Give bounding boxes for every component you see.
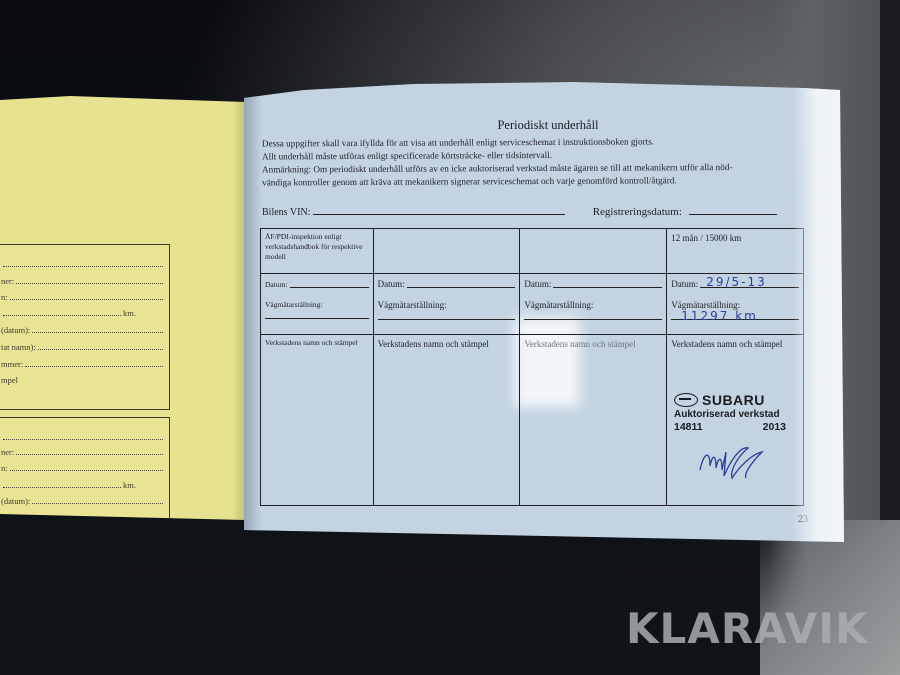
page-fold-shadow (232, 94, 246, 520)
form-row: mmer: (1, 357, 163, 369)
left-page-yellow: ner: n: km. (datum): tat namn): mmer: mp… (0, 94, 246, 520)
right-page-service-schedule: Periodiskt underhåll Dessa uppgifter ska… (244, 82, 852, 544)
signature-icon (696, 432, 776, 482)
workshop-stamp-cell: Verkstadens namn och stämpel (520, 335, 667, 506)
form-row: ner: (1, 274, 163, 286)
workshop-stamp-cell: Verkstadens namn och stämpel (261, 335, 374, 506)
left-form-box-1: ner: n: km. (datum): tat namn): mmer: mp… (0, 244, 170, 410)
form-row: mpel (1, 373, 163, 385)
date-odometer-cell: Datum: Vägmätarställning: (261, 274, 374, 335)
vin-label: Bilens VIN: (262, 207, 310, 218)
instructions-paragraph: Dessa uppgifter skall vara ifyllda för a… (262, 135, 822, 190)
date-odometer-cell: Datum: Vägmätarställning: (373, 274, 520, 335)
subaru-logo-icon (674, 393, 698, 407)
workshop-stamp-cell: Verkstadens namn och stämpel (373, 335, 520, 506)
form-row: ner: (1, 445, 163, 457)
header-cell: ÅF/PDI-inspektion enligt verkstadshandbo… (261, 229, 374, 274)
handwritten-odometer: 11297 km (681, 310, 758, 322)
date-odometer-cell-filled: Datum:29/5-13 Vägmätarställning: 11297 k… (667, 274, 804, 335)
workshop-stamp: SUBARU Auktoriserad verkstad 148112013 (674, 392, 794, 433)
header-cell (520, 229, 667, 274)
header-cell (373, 229, 520, 274)
form-row: n: (1, 461, 163, 473)
form-row: km. (1, 478, 163, 490)
header-cell: 12 mån / 15000 km (667, 229, 804, 274)
form-row: n: (1, 290, 163, 302)
date-odometer-cell: Datum: Vägmätarställning: (520, 274, 667, 335)
form-row: km. (1, 306, 163, 318)
form-row: (datum): (1, 494, 163, 506)
handwritten-date: 29/5-13 (706, 276, 767, 288)
registration-date-label: Registreringsdatum: (593, 206, 682, 218)
registration-date-field (689, 214, 777, 215)
klaravik-watermark: KLARAVIK (626, 604, 869, 653)
vin-field (313, 214, 565, 215)
page-title: Periodiskt underhåll (244, 118, 852, 133)
form-row (1, 430, 163, 442)
form-row: (datum): (1, 323, 163, 335)
form-row (1, 257, 163, 269)
vin-registration-row: Bilens VIN: Registreringsdatum: (262, 206, 822, 218)
table-row: Datum: Vägmätarställning: Datum: Vägmäta… (261, 274, 804, 335)
form-row: tat namn): (1, 340, 163, 352)
table-row: ÅF/PDI-inspektion enligt verkstadshandbo… (261, 229, 804, 274)
